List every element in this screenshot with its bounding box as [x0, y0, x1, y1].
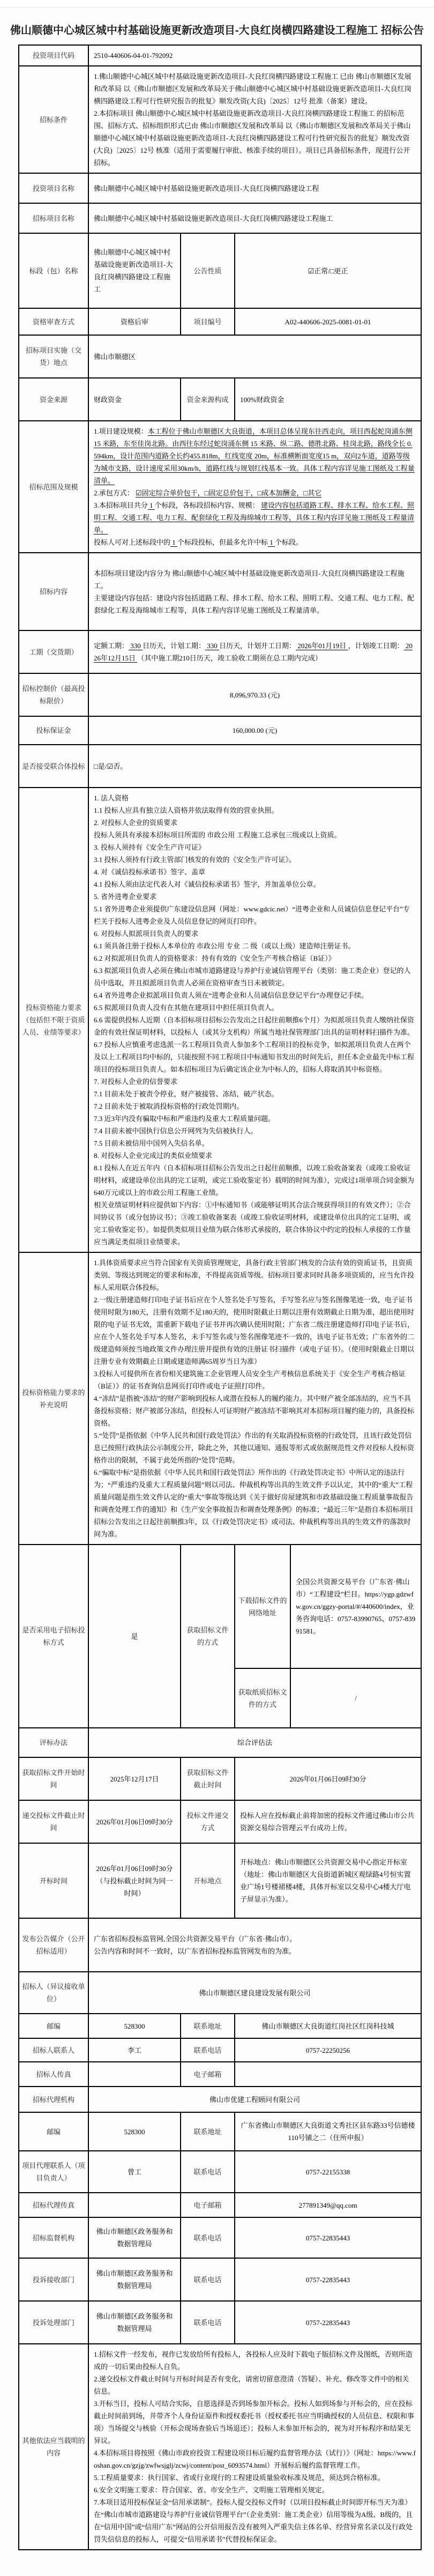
paragraph: 定额工期： 330 日历天，计划工期： 330 日历天，计划开工日期： 2026…	[94, 640, 416, 664]
text-segment: 佛山市顺德区政务服务和数据管理局	[96, 2312, 173, 2333]
paragraph: 7.4 目前未被中国执行信息公开网列为失信被执行人。	[94, 1125, 416, 1137]
paragraph: 佛山顺德中心城区城中村基础设施更新改造项目-大良红岗横四路建设工程	[94, 182, 416, 195]
value-cell: 1. 法人资格1.1 投标人应具有独立法人资格并依法取得有效的营业执照。2. 对…	[88, 788, 421, 1252]
label-cell: 联系地址	[181, 2014, 235, 2038]
paragraph: 1.1 投标人应具有独立法人资格并依法取得有效的营业执照。	[94, 804, 416, 816]
text-segment: 6.4 省外进粤企业拟派项目负责人须在“进粤企业和人员诚信信息登记平台”办理登记…	[94, 991, 368, 999]
text-segment: 6.2 对拟派项目负责人的资格要求：持有有效的《安全生产考核合格证（B证）》	[94, 954, 335, 962]
underlined-text: 330	[205, 642, 219, 650]
text-segment: 佛山市顺德区大良街道红岗社区红岗科技城	[262, 2022, 394, 2030]
paragraph: 160,000.00 (元)	[94, 724, 416, 737]
paragraph: /	[296, 1692, 416, 1704]
label-cell: 项目编号	[181, 308, 235, 335]
paragraph: 2.递交投标文件截止时间与开标时间是否有变化，请密切留意澄清（答疑）、补充、修改…	[94, 2373, 416, 2397]
text-segment: 投标人须具有承接本招标项目所需的 市政公用 工程施工总承包三级或以上资质。	[94, 831, 341, 839]
text-segment: 投标人可对上述标段中的	[94, 538, 170, 546]
paragraph: 综合评估法	[94, 1736, 416, 1749]
paragraph: 3. 投标人须持有《安全生产许可证》	[94, 841, 416, 853]
text-segment: 1. 法人资格	[94, 794, 129, 802]
paragraph: A02-440606-2025-0081-01-01	[240, 316, 416, 328]
text-segment: 6.6 需提供投标人近期（自本招标项目招标公告发出之日起往前顺推6个月）为拟派项…	[94, 1016, 414, 1036]
announcement-table-body: 投资项目代码2510-440606-04-01-792092招标条件1.佛山顺德…	[19, 45, 421, 2550]
nested-table: 下载招标文件的网络地址全国公共资源交易平台（广东省·佛山市）“工程建设”栏目。h…	[235, 1545, 421, 1727]
text-segment: 2.承包方式：	[94, 489, 136, 497]
text-segment: 8. 对投标人企业完成过的类似业绩要求	[94, 1152, 212, 1160]
paragraph: 8.1 投标人在近五年内（自本招标项目招标公告发出之日起往前顺推，以竣工验收备案…	[94, 1162, 416, 1199]
paragraph: 0757-22155338	[240, 2166, 416, 2178]
paragraph: 主要建设内容包括：建设内容包括道路工程、排水工程、给水工程、照明工程、交通工程、…	[94, 592, 416, 617]
text-segment: 1.招标文件一经发布，视作已发放给所有投标人，各投标人应及时下载电子版招标文件及…	[94, 2350, 413, 2371]
text-segment: 6.安全文明施工要求：符合国家、省、市安全生产、文明施工管理相关规定。	[94, 2486, 329, 2494]
paragraph: 2026年01月06日09时30分（与投标截止时间为同一时间）	[94, 1862, 175, 1899]
value-cell: 资格后审	[88, 308, 181, 335]
paragraph: 6.2 对拟派项目负责人的资格要求：持有有效的《安全生产考核合格证（B证）》	[94, 952, 416, 964]
label-cell: 资金来源构成	[181, 378, 235, 421]
text-segment: 个标段，各标段招标内容、规模：	[155, 501, 261, 509]
paragraph: 7.本项目适用投标保证金“信用承诺制”。投标人提交投标文件时（以项目投标截止时间…	[94, 2496, 416, 2545]
text-segment: 2510-440606-04-01-792092	[94, 51, 173, 60]
value-cell: 佛山市顺德区大良街道红岗社区红岗科技城	[235, 2014, 421, 2038]
text-segment: 日历天，计划工期：	[143, 642, 205, 650]
text-segment: 6.“骗取中标”是指依据《中华人民共和国行政处罚法》所作出的《行政处罚决定书》中…	[94, 1468, 414, 1538]
text-segment: 佛山市顺德区建良建设发展有限公司	[199, 1989, 311, 1997]
paragraph: 佛山顺德中心城区城中村基础设施更新改造项目-大良红岗横四路建设工程施工	[94, 212, 416, 225]
paragraph: 3.投标人可提供所在省份相关建筑施工企业管理人员安全生产考核信息系统关于《安全生…	[94, 1368, 416, 1392]
paragraph: 资格后审	[94, 316, 175, 328]
label-cell: 招标人（异议接收单位）	[19, 1972, 88, 2014]
text-segment: 广东省佛山市顺德区大良街道文秀社区县东路33号信德楼110号铺之二（住所申报）	[241, 2121, 415, 2142]
paragraph: 1.具体资质要求应当符合国家有关资质管理规定，具备行政主管部门核发的合法有效的资…	[94, 1257, 416, 1294]
paragraph: 1.项目建设规模：本工程位于佛山市顺德区大良街道，本项目总体呈现东往西走向，项目…	[94, 425, 416, 487]
text-segment: 0757-22835443	[306, 2276, 350, 2284]
value-cell: 277891349@qq.com	[235, 2193, 421, 2217]
label-cell: 招标范围及规模	[19, 421, 88, 553]
top-strip	[0, 0, 434, 8]
paragraph: 3.开标当日，投标人可结合实际，自愿选择是否到场参加开标会。投标人如到场参与开标…	[94, 2397, 416, 2447]
value-cell: 佛山顺德中心城区城中村基础设施更新改造项目-大良红岗横四路建设工程施工	[88, 233, 181, 308]
label-cell: 发布公告媒介（公开招标适用）	[19, 1918, 88, 1972]
value-cell: 曾工	[88, 2151, 181, 2193]
text-segment: 100%财政资金	[240, 396, 284, 404]
label-cell: 是否采用电子招标投标方式	[19, 1545, 88, 1728]
paragraph: 8,096,970.33 (元)	[94, 689, 416, 701]
text-segment: 7. 对投标人企业的信誉要求	[94, 1078, 177, 1086]
label-cell: 邮编	[19, 2014, 88, 2038]
text-segment: 相关业绩证明材料应提供如下内容：①中标通知书（或能够证明其合法合规获得项目的有效…	[94, 1201, 411, 1246]
paragraph: 5.“处罚”是指依据《中华人民共和国行政处罚法》作出的有关取消投标资格的行政处罚…	[94, 1429, 416, 1466]
value-cell: 佛山市顺德区政务服务和数据管理局	[88, 2301, 181, 2344]
value-cell: 定额工期： 330 日历天，计划工期： 330 日历天，计划开工日期： 2026…	[88, 630, 421, 673]
text-segment: 2. 对投标人企业的资质要求	[94, 819, 177, 827]
paragraph: 7.2 目前未处于被取消投标资格的行政处罚期内。	[94, 1100, 416, 1112]
paragraph: 8. 对投标人企业完成过的类似业绩要求	[94, 1149, 416, 1162]
paragraph: 3.1 投标人须持有行政主管部门核发的有效的《安全生产许可证》。	[94, 853, 416, 866]
label-cell: 下载招标文件的网络地址	[235, 1545, 290, 1668]
text-segment: 7.5 目前未被信用中国列入失信名单。	[94, 1139, 209, 1147]
text-segment: 1.具体资质要求应当符合国家有关资质管理规定，具备行政主管部门核发的合法有效的资…	[94, 1259, 414, 1291]
text-segment: 曾工	[128, 2168, 141, 2176]
text-segment: 0757-22835443	[306, 2234, 350, 2242]
text-segment: 2026年01月06日09时30分	[290, 1775, 366, 1783]
paragraph: 1.招标文件一经发布，视作已发放给所有投标人，各投标人应及时下载电子版招标文件及…	[94, 2348, 416, 2373]
paragraph: 277891349@qq.com	[240, 2199, 416, 2211]
text-segment: 佛山顺德中心城区城中村基础设施更新改造项目-大良红岗横四路建设工程	[94, 184, 319, 192]
text-segment: 2.递交投标文件截止时间与开标时间是否有变化，请密切留意澄清（答疑）、补充、修改…	[94, 2375, 409, 2395]
text-segment: 7.本项目适用投标保证金“信用承诺制”。投标人提交投标文件时（以项目投标截止时间…	[94, 2498, 413, 2543]
text-segment: 佛山市优建工程顾问有限公司	[209, 2096, 300, 2104]
paragraph: 6.3 拟派项目负责人必须在佛山市城市道路建设与养护行业诚信管理平台（类别：施工…	[94, 964, 416, 989]
text-segment: 0757-22250256	[306, 2046, 350, 2054]
label-cell: 电子邮箱	[181, 2062, 235, 2087]
value-cell: 100%财政资金	[235, 378, 421, 421]
paragraph: 1. 法人资格	[94, 792, 416, 804]
text-segment: 2.本招标项目 佛山顺德中心城区城中村基础设施更新改造项目-大良红岗横四路建设工…	[94, 109, 411, 167]
paragraph: 528300	[94, 2020, 175, 2032]
paragraph: 佛山市顺德区	[94, 351, 416, 363]
label-cell: 资金来源	[19, 378, 88, 421]
label-cell: 项目代理联系人（项目负责人）	[19, 2151, 88, 2193]
text-segment: 3.开标当日，投标人可结合实际，自愿选择是否到场参加开标会。投标人如到场参与开标…	[94, 2400, 414, 2445]
paragraph: 0757-22835443	[240, 2274, 416, 2286]
text-segment: 3.本招标项目共分	[94, 501, 148, 509]
text-segment: 主要建设内容包括：建设内容包括道路工程、排水工程、给水工程、照明工程、交通工程、…	[94, 594, 414, 614]
value-cell	[88, 2193, 181, 2217]
underlined-text: ☑固定综合单价包干，□固定总价包干，□成本加酬金，□其它	[136, 489, 321, 497]
paragraph: 0757-22250256	[240, 2044, 416, 2057]
value-cell: 8,096,970.33 (元)	[88, 673, 421, 716]
label-cell: 联系电话	[181, 2038, 235, 2062]
label-cell: 招标条件	[19, 66, 88, 173]
paragraph: 投标人应在投标截止前将加密的投标文件通过佛山市公共资源交易综合管理云平台成功上传…	[240, 1809, 416, 1834]
text-segment: 6.3 拟派项目负责人必须在佛山市城市道路建设与养护行业诚信管理平台（类别：施工…	[94, 967, 411, 987]
paragraph: 投标人可对上述标段中的 1 个标段投标，但最多允许中标 1 个标段。	[94, 536, 416, 548]
text-segment: 2026年01月06日09时30分	[96, 1818, 173, 1826]
text-segment: 5.工程质量要求：执行国家、省或行业现行的工程建设质量验收标准及规范，须达到合格…	[94, 2474, 385, 2482]
paragraph: 开标地点：佛山市顺德区公共资源交易中心指定开标室（地址：佛山市顺德区大良街道新城…	[240, 1856, 416, 1905]
value-cell: 佛山市顺德区政务服务和数据管理局	[88, 2258, 181, 2301]
value-cell: 全国公共资源交易平台（广东省·佛山市）“工程建设”栏目。https://ygp.…	[290, 1545, 421, 1668]
paragraph: 7.1 目前未处于被责令停业，财产被接管、冻结，破产状态。	[94, 1088, 416, 1100]
paragraph: ☑正常/□更正	[240, 265, 416, 277]
paragraph: 5.1 省外进粤企业须提供广东建设信息网（网址：www.gdcic.net）“进…	[94, 903, 416, 927]
text-segment: 4.1 投标人须由法定代表人对《诚信投标承诺书》签字，并加盖单位公章。	[94, 880, 320, 888]
text-segment: 投标人应在投标截止前将加密的投标文件通过佛山市公共资源交易综合管理云平台成功上传…	[240, 1812, 414, 1832]
text-segment: 0757-22155338	[306, 2168, 350, 2176]
value-cell: 2026年01月06日09时30分	[88, 1800, 181, 1843]
text-segment: 8,096,970.33 (元)	[230, 691, 280, 699]
value-cell: 开标地点：佛山市顺德区公共资源交易中心指定开标室（地址：佛山市顺德区大良街道新城…	[235, 1843, 421, 1918]
label-cell: 电子邮箱	[181, 2193, 235, 2217]
paragraph: 3.本招标项目共分 1 个标段，各标段招标内容、规模： 建设内容包括道路工程、排…	[94, 499, 416, 536]
label-cell: 工期（交货期）	[19, 630, 88, 673]
paragraph: 2026年01月06日09时30分	[240, 1773, 416, 1785]
value-cell: 广东省佛山市顺德区大良街道文秀社区县东路33号信德楼110号铺之二（住所申报）	[235, 2112, 421, 2151]
paragraph: 佛山市顺德区大良街道红岗社区红岗科技城	[240, 2020, 416, 2032]
label-cell: 评标办法	[19, 1728, 88, 1757]
value-cell: 0757-22835443	[235, 2301, 421, 2344]
value-cell: □是/☑否。	[88, 745, 421, 788]
text-segment: 0757-22835443	[306, 2319, 350, 2327]
value-cell: 1.项目建设规模：本工程位于佛山市顺德区大良街道，本项目总体呈现东往西走向，项目…	[88, 421, 421, 553]
value-cell: 广东省招标投标监管网,全国公共资源交易平台（广东省·佛山市）。公告内容和时间不一…	[88, 1918, 421, 1972]
text-segment: 7.1 目前未处于被责令停业，财产被接管、冻结，破产状态。	[94, 1090, 279, 1098]
paragraph: 广东省佛山市顺德区大良街道文秀社区县东路33号信德楼110号铺之二（住所申报）	[240, 2119, 416, 2144]
text-segment: 2.一级注册建造师打印电子证书后应在个人签名处手写签名，手写签名应与签名图像笔迹…	[94, 1296, 414, 1365]
paragraph: 佛山市优建工程顾问有限公司	[94, 2094, 416, 2106]
paragraph: 5.工程质量要求：执行国家、省或行业现行的工程建设质量验收标准及规范，须达到合格…	[94, 2471, 416, 2484]
label-cell: 是否接受联合体投标	[19, 745, 88, 788]
label-cell: 投标保证金	[19, 716, 88, 745]
label-cell: 公告性质	[181, 233, 235, 308]
paragraph: 6. 对投标人拟派项目负责人的要求	[94, 927, 416, 940]
paragraph: 100%财政资金	[240, 394, 416, 406]
paragraph: 7. 对投标人企业的信誉要求	[94, 1075, 416, 1088]
value-cell: /	[290, 1668, 421, 1727]
text-segment: 是	[131, 1632, 138, 1640]
paragraph: 2510-440606-04-01-792092	[94, 49, 416, 62]
label-cell: 招标人联系人	[19, 2038, 88, 2062]
text-segment: 3. 投标人须持有《安全生产许可证》	[94, 843, 205, 851]
value-cell: 1.具体资质要求应当符合国家有关资质管理规定，具备行政主管部门核发的合法有效的资…	[88, 1252, 421, 1545]
label-cell: 联系电话	[181, 2151, 235, 2193]
value-cell: 佛山市顺德区政务服务和数据管理局	[88, 2217, 181, 2258]
paragraph: 6.“骗取中标”是指依据《中华人民共和国行政处罚法》所作出的《行政处罚决定书》中…	[94, 1466, 416, 1540]
paragraph: 0757-22835443	[240, 2317, 416, 2329]
paragraph: 6.安全文明施工要求：符合国家、省、市安全生产、文明施工管理相关规定。	[94, 2484, 416, 2496]
label-cell: 招标项目实施（交货）地点	[19, 335, 88, 378]
value-cell: 是	[88, 1545, 181, 1728]
label-cell: 招标监督机构	[19, 2217, 88, 2258]
text-segment: 广东省招标投标监管网,全国公共资源交易平台（广东省·佛山市）。	[94, 1935, 296, 1943]
value-cell: 1.佛山顺德中心城区城中村基础设施更新改造项目-大良红岗横四路建设工程施工 已由…	[88, 66, 421, 173]
paragraph: 7.3 近3年内没有骗取中标和严重违约及重大工程质量问题。	[94, 1112, 416, 1125]
value-cell: 下载招标文件的网络地址全国公共资源交易平台（广东省·佛山市）“工程建设”栏目。h…	[235, 1545, 421, 1728]
value-cell: ☑正常/□更正	[235, 233, 421, 308]
text-segment: 4. 对《诚信投标承诺书》签字、盖章	[94, 868, 205, 876]
label-cell: 投标资格能力要求（包括但不限于资质人员、业绩等要求）	[19, 788, 88, 1252]
text-segment: 7.3 近3年内没有骗取中标和严重违约及重大工程质量问题。	[94, 1115, 275, 1123]
label-cell: 投标资格能力要求的补充说明	[19, 1252, 88, 1545]
underlined-text: 1	[148, 501, 155, 509]
underlined-text: 1	[170, 538, 177, 546]
text-segment: □是/☑否。	[94, 762, 127, 770]
text-segment: 2025年12月17日	[110, 1775, 159, 1783]
value-cell: 佛山顺德中心城区城中村基础设施更新改造项目-大良红岗横四路建设工程	[88, 173, 421, 203]
announcement-table: 投资项目代码2510-440606-04-01-792092招标条件1.佛山顺德…	[18, 44, 422, 2550]
paragraph: 1.佛山顺德中心城区城中村基础设施更新改造项目-大良红岗横四路建设工程施工 已由…	[94, 70, 416, 107]
value-cell: 2026年01月06日09时30分	[235, 1757, 421, 1800]
paragraph: 本招标项目建设内容分为 佛山顺德中心城区城中村基础设施更新改造项目-大良红岗横四…	[94, 567, 416, 592]
label-cell: 投诉处理部门	[19, 2301, 88, 2344]
paragraph: 2026年01月06日09时30分	[94, 1816, 175, 1828]
paragraph: 4. 对《诚信投标承诺书》签字、盖章	[94, 866, 416, 878]
text-segment: 528300	[124, 2128, 145, 2136]
label-cell: 招标代理机构	[19, 2087, 88, 2112]
text-segment: 佛山市顺德区	[94, 353, 136, 361]
text-segment: 佛山顺德中心城区城中村基础设施更新改造项目-大良红岗横四路建设工程施工	[94, 248, 173, 293]
paragraph: 佛山市顺德区建良建设发展有限公司	[94, 1987, 416, 1999]
text-segment: 本招标项目建设内容分为 佛山顺德中心城区城中村基础设施更新改造项目-大良红岗横四…	[94, 569, 405, 590]
label-cell: 招标项目名称	[19, 203, 88, 233]
page-title: 佛山顺德中心城区城中村基础设施更新改造项目-大良红岗横四路建设工程施工 招标公告	[0, 8, 434, 44]
label-cell: 招标控制价（最高投标限价）	[19, 673, 88, 716]
paragraph: 广东省招标投标监管网,全国公共资源交易平台（广东省·佛山市）。	[94, 1933, 416, 1945]
value-cell: 佛山市顺德区建良建设发展有限公司	[88, 1972, 421, 2014]
paragraph: 佛山市顺德区政务服务和数据管理局	[94, 2310, 175, 2335]
text-segment: 5.“处罚”是指依据《中华人民共和国行政处罚法》作出的有关取消投标资格的行政处罚…	[94, 1431, 414, 1464]
value-cell: 1.招标文件一经发布，视作已发放给所有投标人，各投标人应及时下载电子版招标文件及…	[88, 2344, 421, 2550]
paragraph: 528300	[94, 2126, 175, 2138]
value-cell: 2026年01月06日09时30分（与投标截止时间为同一时间）	[88, 1843, 181, 1918]
text-segment: 李工	[128, 2046, 141, 2054]
text-segment: 277891349@qq.com	[298, 2201, 357, 2209]
text-segment: ，计划竣工日期：	[348, 642, 404, 650]
underlined-text: 330	[129, 642, 143, 650]
text-segment: 佛山市顺德区政务服务和数据管理局	[96, 2269, 173, 2290]
text-segment: A02-440606-2025-0081-01-01	[285, 318, 371, 326]
text-segment: 6. 对投标人拟派项目负责人的要求	[94, 930, 198, 938]
underlined-text: 本工程位于佛山市顺德区大良街道，本项目总体呈现东往西走向，项目西起蛇岗涌东侧 1…	[94, 427, 415, 485]
paragraph: 5. 省外进粤企业要求	[94, 890, 416, 903]
value-cell: 综合评估法	[88, 1728, 421, 1757]
paragraph: 6.6 需提供投标人近期（自本招标项目招标公告发出之日起往前顺推6个月）为拟派项…	[94, 1014, 416, 1038]
paragraph: 是	[94, 1630, 175, 1643]
paragraph: 6.7 投标人应慎重考虑选派一名工程项目负责人参加多个工程项目的投标竞争，如拟派…	[94, 1038, 416, 1075]
paragraph: □是/☑否。	[94, 760, 416, 773]
value-cell	[88, 2062, 181, 2087]
text-segment: 8.1 投标人在近五年内（自本招标项目招标公告发出之日起往前顺推，以竣工验收备案…	[94, 1164, 414, 1197]
text-segment: 定额工期：	[94, 642, 129, 650]
text-segment: 6.7 投标人应慎重考虑选派一名工程项目负责人参加多个工程项目的投标竞争，如拟派…	[94, 1041, 414, 1073]
text-segment: 个标段。	[275, 538, 303, 546]
value-cell: 2510-440606-04-01-792092	[88, 45, 421, 66]
label-cell: 投诉接收部门	[19, 2258, 88, 2301]
text-segment: 全国公共资源交易平台（广东省·佛山市）“工程建设”栏目。https://ygp.…	[296, 1578, 415, 1635]
text-segment: 日历天，计划开工日期：	[219, 642, 296, 650]
paragraph: 相关业绩证明材料应提供如下内容：①中标通知书（或能够证明其合法合规获得项目的有效…	[94, 1199, 416, 1248]
value-cell: 528300	[88, 2112, 181, 2151]
paragraph: 4.1 投标人须由法定代表人对《诚信投标承诺书》签字，并加盖单位公章。	[94, 878, 416, 890]
text-segment: ☑正常/□更正	[308, 267, 348, 275]
label-cell: 开标时间	[19, 1843, 88, 1918]
text-segment: 1.项目建设规模：	[94, 427, 148, 435]
label-cell: 投资项目名称	[19, 173, 88, 203]
text-segment: 公告内容和时间不一致时，以广东省招标投标监管网发布的为准。	[94, 1947, 296, 1955]
text-segment: 佛山顺德中心城区城中村基础设施更新改造项目-大良红岗横四路建设工程施工	[94, 214, 333, 222]
label-cell: 联系电话	[181, 2217, 235, 2258]
text-segment: 综合评估法	[237, 1739, 272, 1747]
label-cell: 招标人传真	[19, 2062, 88, 2087]
value-cell: 李工	[88, 2038, 181, 2062]
label-cell: 联系地址	[181, 2112, 235, 2151]
text-segment: 个标段投标，但最多允许中标	[177, 538, 268, 546]
paragraph: 2. 对投标人企业的资质要求	[94, 816, 416, 829]
label-cell: 资格审查方式	[19, 308, 88, 335]
label-cell: 获取招标文件截止时间	[181, 1757, 235, 1800]
paragraph: 李工	[94, 2044, 175, 2057]
value-cell: 160,000.00 (元)	[88, 716, 421, 745]
paragraph: 公告内容和时间不一致时，以广东省招标投标监管网发布的为准。	[94, 1945, 416, 1957]
label-cell: 联系电话	[181, 2301, 235, 2344]
text-segment: 7.2 目前未处于被取消投标资格的行政处罚期内。	[94, 1102, 244, 1110]
paragraph: 6.4 省外进粤企业拟派项目负责人须在“进粤企业和人员诚信信息登记平台”办理登记…	[94, 989, 416, 1001]
text-segment: 佛山市顺德区政务服务和数据管理局	[96, 2228, 173, 2248]
text-segment: 160,000.00 (元)	[233, 726, 277, 734]
text-segment: 财政资金	[94, 396, 122, 404]
label-cell: 招标代理传真	[19, 2193, 88, 2217]
text-segment: 4.本招标项目将按照《佛山市政府投资工程建设项目标后履约监督管理办法（试行）》（…	[94, 2449, 416, 2469]
text-segment: 3.1 投标人须持有行政主管部门核发的有效的《安全生产许可证》。	[94, 856, 296, 864]
paragraph: 2025年12月17日	[94, 1773, 175, 1785]
paragraph: 投标人须具有承接本招标项目所需的 市政公用 工程施工总承包三级或以上资质。	[94, 829, 416, 841]
paragraph: 全国公共资源交易平台（广东省·佛山市）“工程建设”栏目。https://ygp.…	[296, 1576, 416, 1637]
paragraph: 2.本招标项目 佛山顺德中心城区城中村基础设施更新改造项目-大良红岗横四路建设工…	[94, 107, 416, 169]
paragraph: 佛山顺德中心城区城中村基础设施更新改造项目-大良红岗横四路建设工程施工	[94, 246, 175, 295]
text-segment: 开标地点：佛山市顺德区公共资源交易中心指定开标室（地址：佛山市顺德区大良街道新城…	[240, 1858, 411, 1903]
label-cell: 标段（包）名称	[19, 233, 88, 308]
paragraph: 2.承包方式： ☑固定综合单价包干，□固定总价包干，□成本加酬金，□其它	[94, 487, 416, 499]
text-segment: /	[355, 1694, 357, 1702]
value-cell	[235, 2062, 421, 2087]
label-cell: 招标内容	[19, 553, 88, 630]
value-cell: 财政资金	[88, 378, 181, 421]
text-segment: 528300	[124, 2022, 145, 2030]
paragraph: 7.5 目前未被信用中国列入失信名单。	[94, 1137, 416, 1149]
paragraph: 佛山市顺德区政务服务和数据管理局	[94, 2225, 175, 2250]
text-segment: （其中施工期210日历天，竣工验收工期须在总工期内完成）	[137, 654, 322, 662]
paragraph: 6.1 须具备注册于投标人本单位的 市政公用 专业 二 级（或以上级）建造师注册…	[94, 940, 416, 952]
paragraph: 0757-22835443	[240, 2232, 416, 2244]
underlined-text: 2026年01月19日	[296, 642, 348, 650]
text-segment: 资格后审	[121, 318, 148, 326]
label-cell: 递交投标文件截止时间	[19, 1800, 88, 1843]
text-segment: 2026年01月06日09时30分（与投标截止时间为同一时间）	[96, 1865, 173, 1897]
value-cell: 528300	[88, 2014, 181, 2038]
label-cell: 投标文件递交方式	[181, 1800, 235, 1843]
text-segment: 4.“冻结”是指被“冻结”的财产影响到投标人或潜在投标人的履约能力。其中财产被全…	[94, 1394, 414, 1427]
value-cell: 0757-22835443	[235, 2258, 421, 2301]
paragraph: 曾工	[94, 2166, 175, 2178]
value-cell: 佛山市顺德区	[88, 335, 421, 378]
label-cell: 其他依法应当载明的内容	[19, 2344, 88, 2550]
value-cell: 0757-22835443	[235, 2217, 421, 2258]
paragraph: 佛山市顺德区政务服务和数据管理局	[94, 2267, 175, 2292]
value-cell: 佛山市优建工程顾问有限公司	[88, 2087, 421, 2112]
label-cell: 获取纸质招标文件的方式	[235, 1668, 290, 1727]
underlined-text: 1	[268, 538, 275, 546]
label-cell: 联系电话	[181, 2258, 235, 2301]
value-cell: 本招标项目建设内容分为 佛山顺德中心城区城中村基础设施更新改造项目-大良红岗横四…	[88, 553, 421, 630]
value-cell: 2025年12月17日	[88, 1757, 181, 1800]
paragraph: 6.5 拟派项目负责人没有在其他在建项目中担任项目负责人。	[94, 1001, 416, 1014]
text-segment: 5.1 省外进粤企业须提供广东建设信息网（网址：www.gdcic.net）“进…	[94, 905, 410, 925]
label-cell: 开标地点	[181, 1843, 235, 1918]
value-cell: 0757-22155338	[235, 2151, 421, 2193]
text-segment: 6.1 须具备注册于投标人本单位的 市政公用 专业 二 级（或以上级）建造师注册…	[94, 942, 355, 950]
label-cell: 获取招标文件的方式	[181, 1545, 235, 1728]
text-segment: 1.佛山顺德中心城区城中村基础设施更新改造项目-大良红岗横四路建设工程施工 已由…	[94, 72, 411, 105]
value-cell: 投标人应在投标截止前将加密的投标文件通过佛山市公共资源交易综合管理云平台成功上传…	[235, 1800, 421, 1843]
paragraph: 4.本招标项目将按照《佛山市政府投资工程建设项目标后履约监督管理办法（试行）》（…	[94, 2447, 416, 2471]
label-cell: 投资项目代码	[19, 45, 88, 66]
paragraph: 2.一级注册建造师打印电子证书后应在个人签名处手写签名，手写签名应与签名图像笔迹…	[94, 1294, 416, 1368]
text-segment: 7.4 目前未被中国执行信息公开网列为失信被执行人。	[94, 1127, 258, 1135]
value-cell: 佛山顺德中心城区城中村基础设施更新改造项目-大良红岗横四路建设工程施工	[88, 203, 421, 233]
paragraph: 财政资金	[94, 394, 175, 406]
label-cell: 获取招标文件开始时间	[19, 1757, 88, 1800]
paragraph: 4.“冻结”是指被“冻结”的财产影响到投标人或潜在投标人的履约能力。其中财产被全…	[94, 1392, 416, 1429]
text-segment: 6.5 拟派项目负责人没有在其他在建项目中担任项目负责人。	[94, 1004, 279, 1012]
